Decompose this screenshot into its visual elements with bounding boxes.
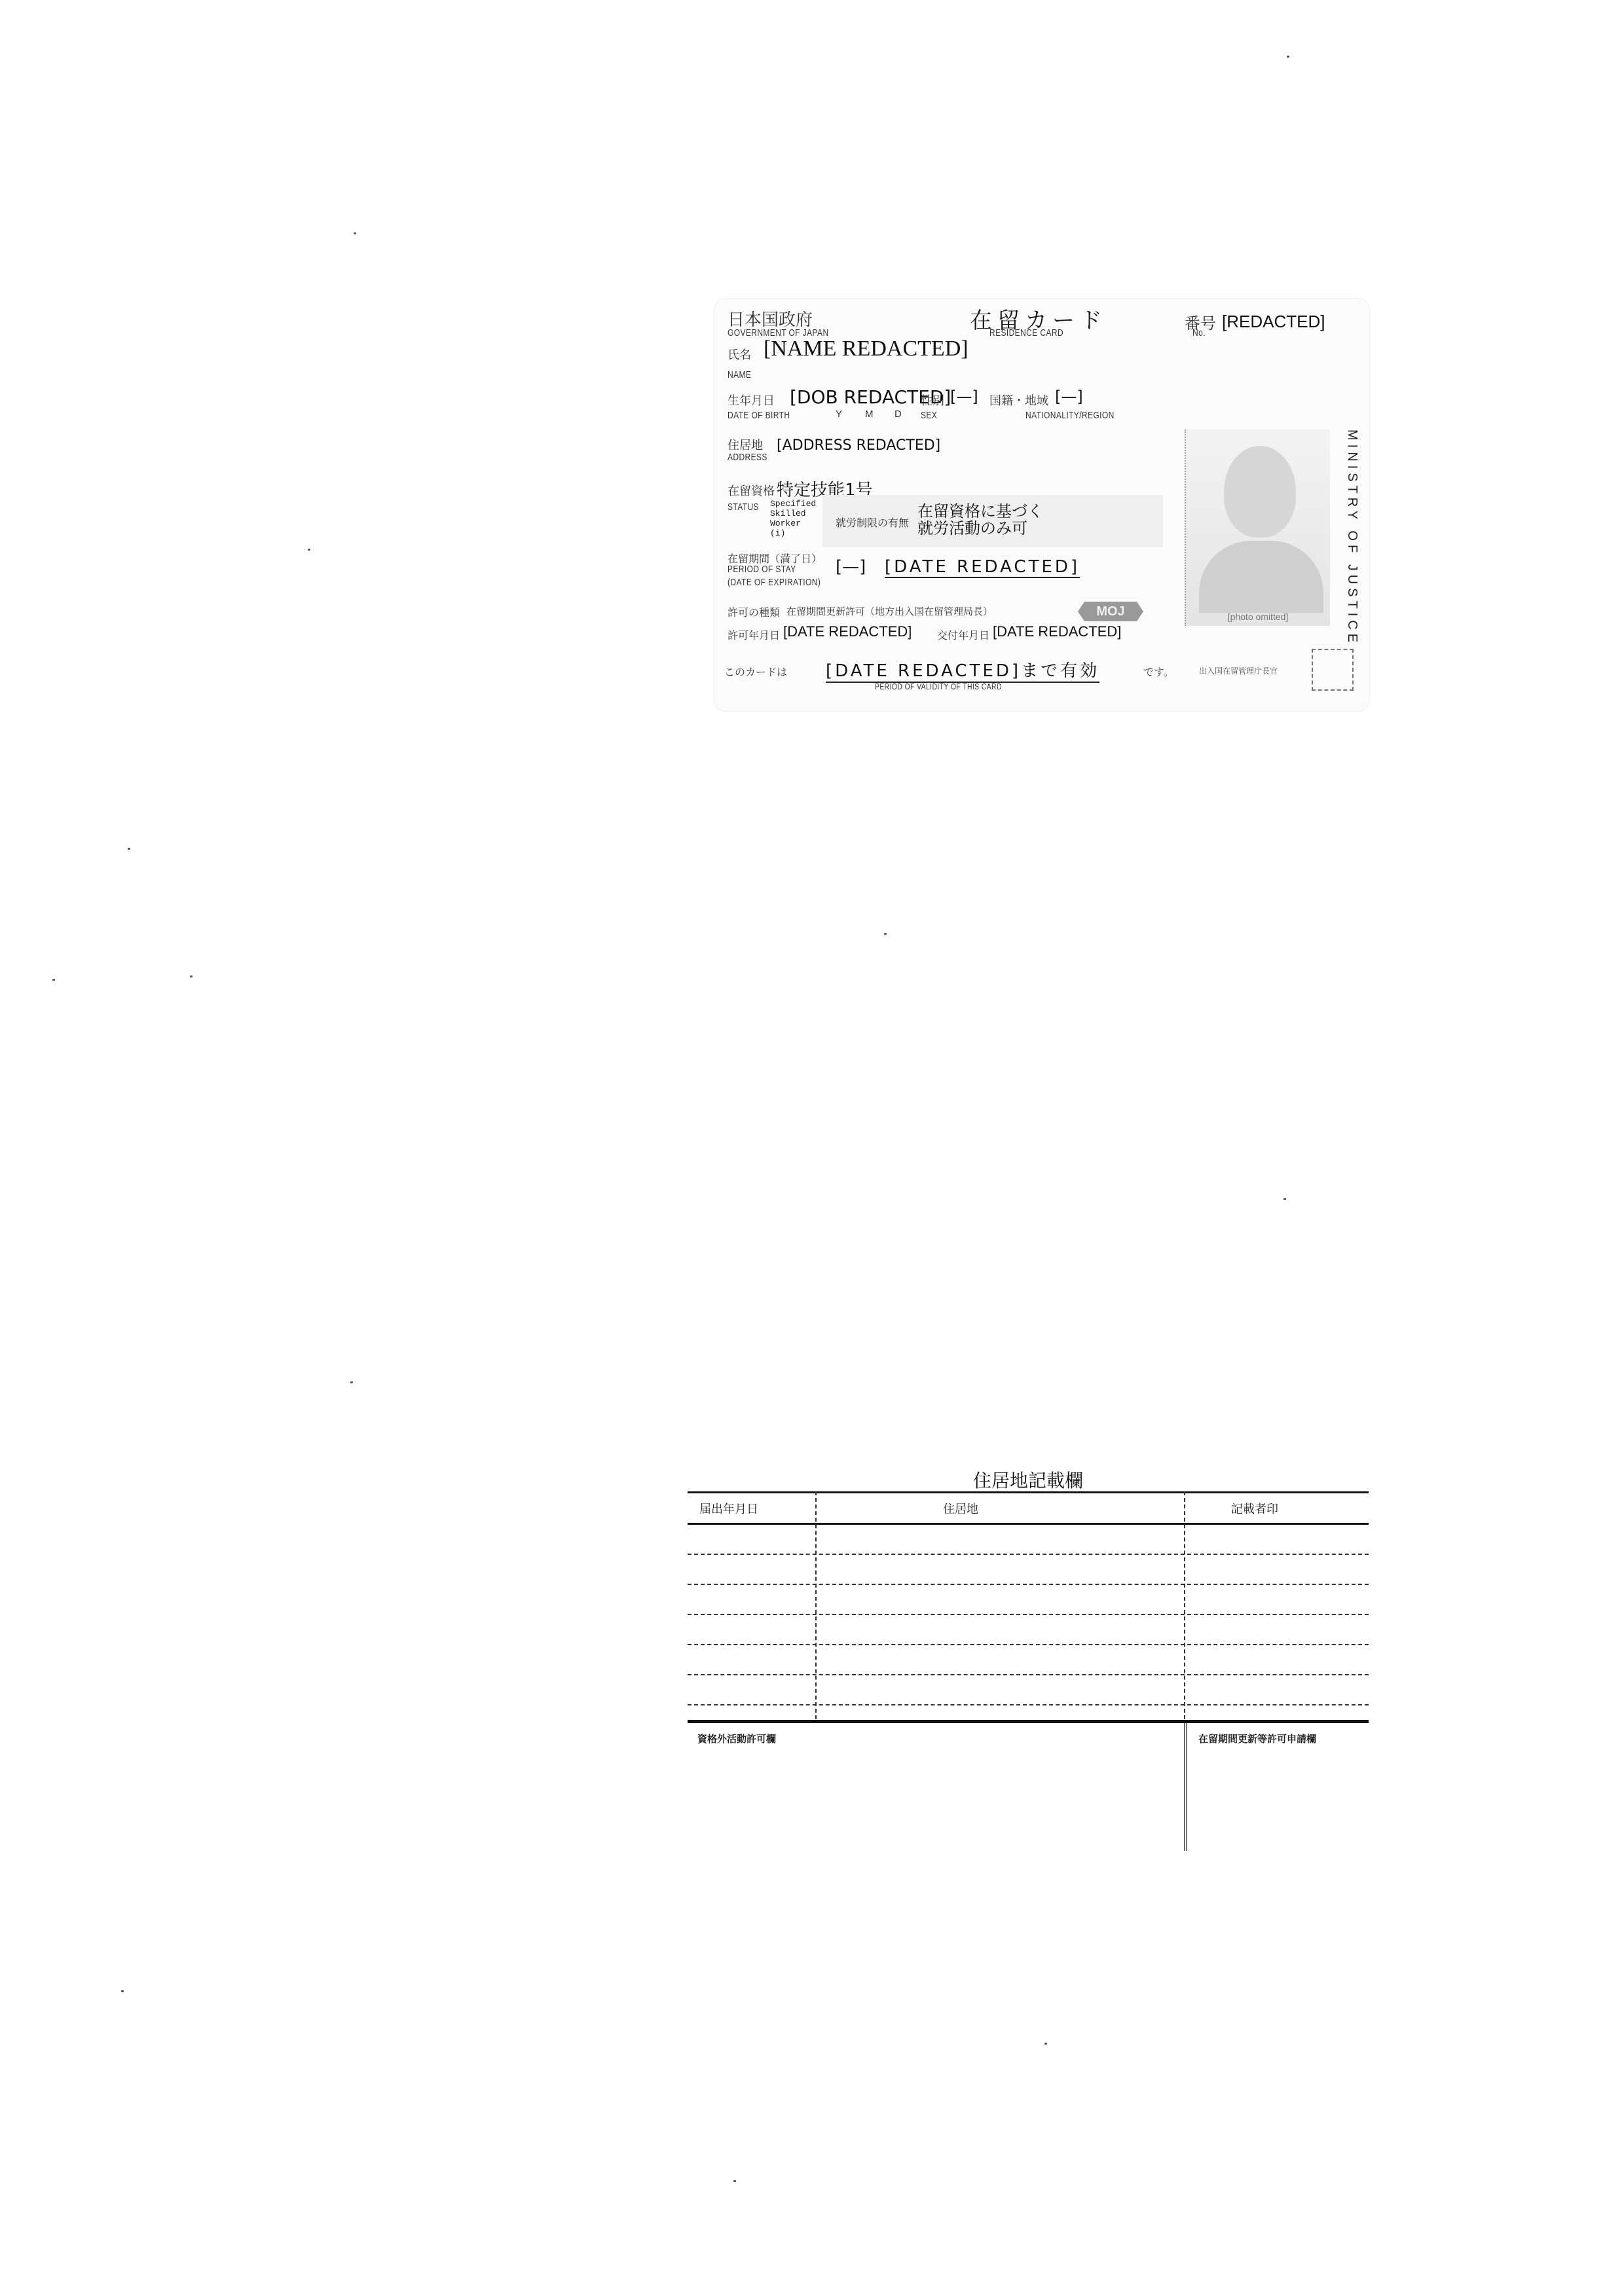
sex-label-jp: 性別	[921, 392, 944, 409]
status-label-jp: 在留資格	[728, 482, 775, 499]
name-label-jp: 氏名	[728, 346, 751, 363]
permit-type-label: 許可の種類	[728, 604, 780, 619]
period-value: [—]	[836, 557, 866, 577]
permit-type-value: 在留期間更新許可（地方出入国在留管理局長）	[786, 604, 993, 618]
ymd-m: M	[865, 409, 874, 420]
renewal-application-label: 在留期間更新等許可申請欄	[1198, 1732, 1316, 1745]
work-restriction-value: 在留資格に基づく 就労活動のみ可	[917, 503, 1043, 537]
dob-label-jp: 生年月日	[728, 392, 775, 409]
status-value-en: Specified Skilled Worker (i)	[770, 499, 816, 538]
nationality-value: [—]	[1055, 388, 1083, 406]
scan-speck	[121, 1990, 124, 1992]
number-label-en: No.	[1192, 327, 1206, 338]
period-label-en-1: PERIOD OF STAY	[728, 564, 796, 575]
dob-label-en: DATE OF BIRTH	[728, 410, 790, 421]
moj-hologram-mark: MOJ	[1078, 602, 1143, 621]
table-row	[688, 1645, 1369, 1675]
sex-value: [—]	[950, 388, 978, 406]
address-value: [ADDRESS REDACTED]	[777, 437, 940, 454]
bottom-column-divider	[1184, 1723, 1187, 1851]
table-row	[688, 1615, 1369, 1645]
period-label-en-2: (DATE OF EXPIRATION)	[728, 577, 821, 588]
scan-speck	[308, 549, 310, 551]
validity-suffix: です。	[1143, 664, 1174, 679]
column-divider	[815, 1491, 817, 1719]
issue-date-value: [DATE REDACTED]	[993, 623, 1121, 640]
scan-speck	[52, 979, 55, 981]
column-header-address: 住居地	[943, 1500, 978, 1517]
address-label-jp: 住居地	[728, 436, 763, 453]
issue-date-label: 交付年月日	[937, 627, 989, 642]
card-title-en: RESIDENCE CARD	[989, 327, 1063, 338]
status-label-en: STATUS	[728, 501, 759, 513]
validity-label-en: PERIOD OF VALIDITY OF THIS CARD	[875, 682, 1002, 691]
ymd-y: Y	[836, 409, 842, 420]
permit-date-label: 許可年月日	[728, 627, 780, 642]
address-record-table: 届出年月日 住居地 記載者印	[688, 1491, 1369, 1734]
scan-speck	[733, 2180, 736, 2182]
section-divider	[688, 1720, 1369, 1723]
scan-speck	[1287, 56, 1289, 58]
table-row	[688, 1675, 1369, 1705]
table-row	[688, 1525, 1369, 1555]
residence-card-front: 日本国政府 GOVERNMENT OF JAPAN 在留カード RESIDENC…	[714, 298, 1370, 712]
validity-prefix: このカードは	[724, 664, 787, 679]
nationality-label-jp: 国籍・地域	[989, 392, 1048, 409]
scan-speck	[128, 848, 130, 850]
expiration-value: [DATE REDACTED]	[885, 557, 1080, 578]
name-value: [NAME REDACTED]	[764, 337, 969, 361]
sex-label-en: SEX	[921, 410, 937, 421]
table-header: 届出年月日 住居地 記載者印	[688, 1491, 1369, 1525]
card-number: [REDACTED]	[1222, 312, 1325, 332]
work-restriction-label: 就労制限の有無	[836, 515, 909, 530]
address-label-en: ADDRESS	[728, 452, 767, 463]
scan-speck	[1283, 1198, 1286, 1200]
ymd-d: D	[895, 409, 902, 420]
table-row	[688, 1555, 1369, 1585]
extra-activity-permit-label: 資格外活動許可欄	[697, 1732, 776, 1745]
column-header-seal: 記載者印	[1231, 1500, 1278, 1517]
scan-speck	[1044, 2043, 1047, 2045]
scan-speck	[884, 933, 887, 935]
residence-card-back: 住居地記載欄 届出年月日 住居地 記載者印 資格外活動許可欄 在留期間更新等許可…	[688, 1467, 1369, 1886]
official-seal-stamp	[1312, 649, 1354, 691]
nationality-label-en: NATIONALITY/REGION	[1025, 410, 1115, 421]
issuer-signature: 出入国在留管理庁長官	[1199, 665, 1278, 676]
table-row	[688, 1585, 1369, 1615]
validity-value: [DATE REDACTED]まで有効	[826, 657, 1099, 683]
column-divider	[1184, 1491, 1185, 1719]
permit-date-value: [DATE REDACTED]	[783, 623, 912, 640]
scan-speck	[190, 975, 193, 977]
address-record-title: 住居地記載欄	[688, 1467, 1369, 1493]
name-label-en: NAME	[728, 369, 751, 380]
scan-speck	[350, 1381, 353, 1383]
column-header-date: 届出年月日	[699, 1500, 758, 1517]
holder-photo-placeholder: [photo omitted]	[1185, 429, 1330, 626]
ministry-of-justice-vertical: MINISTRY OF JUSTICE	[1344, 429, 1359, 646]
scan-speck	[354, 232, 356, 234]
